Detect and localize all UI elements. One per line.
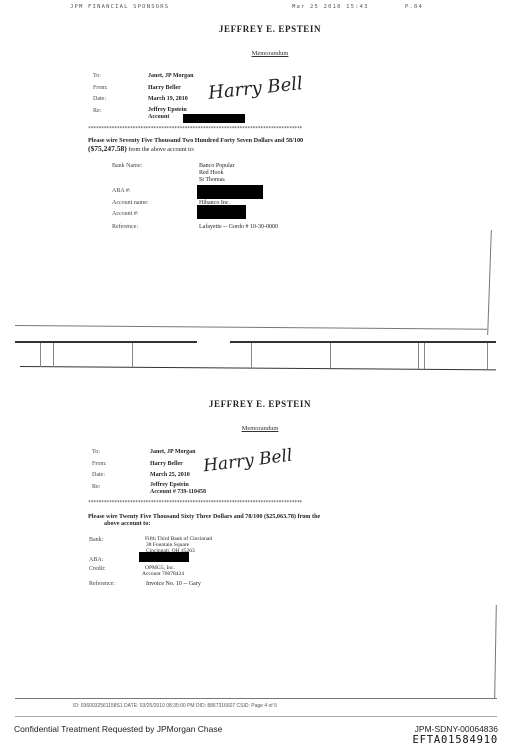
memo1-account-no-redaction	[197, 205, 246, 219]
fax-datetime: Mar 25 2010 15:43	[292, 4, 369, 10]
scan-strip-top-left	[15, 341, 197, 343]
memo2-reference-label: Reference:	[89, 581, 115, 587]
memo1-aba-label: ABA #:	[112, 188, 131, 194]
memo2-date-value: March 25, 2010	[150, 472, 190, 479]
bates-number: JPM-SDNY-00064836	[415, 724, 498, 734]
memo2-aba-redaction	[139, 552, 189, 562]
memo1-reference-value: Lafayette -- Gordo # 10-30-0000	[199, 224, 278, 231]
memo2-re-value: Jeffrey Epstein	[150, 482, 189, 489]
memo1-re-value: Jeffrey Epstein	[148, 107, 187, 114]
memo1-bank-name-line3: St Thomas	[199, 177, 225, 184]
memo1-instruction-line1: Please wire Seventy Five Thousand Two Hu…	[88, 137, 448, 145]
memo2-aba-label: ABA:	[89, 557, 103, 563]
memo2-signature: Harry Bell	[202, 446, 293, 477]
memo1-from-value: Harry Beller	[148, 85, 181, 92]
memo1-bank-name-line2: Red Hook	[199, 170, 224, 177]
memo1-from-label: From:	[93, 85, 108, 91]
memo1-instruction-tail: from the above account to:	[128, 146, 194, 153]
memo2-account-value: Account # 739-110458	[150, 489, 206, 496]
memo1-account-no-label: Account #:	[112, 211, 139, 217]
memo1-reference-label: Reference:	[112, 224, 138, 230]
memo2-divider: ****************************************…	[88, 500, 434, 506]
memo2-to-label: To:	[92, 449, 100, 455]
memo2-bank-label: Bank:	[89, 537, 103, 543]
memo2-date-label: Date:	[92, 472, 105, 478]
fax-transmission-footer: ID: 0360032561158S1 DATE: 03/25/2010 08:…	[73, 703, 277, 709]
memo1-date-value: March 19, 2010	[148, 96, 188, 103]
memo1-title: JEFFREY E. EPSTEIN	[170, 24, 370, 34]
scan-tick	[330, 343, 331, 368]
memo1-signature: Harry Bell	[207, 73, 304, 104]
page1-right-edge	[487, 230, 492, 335]
memo2-title: JEFFREY E. EPSTEIN	[160, 399, 360, 409]
scan-tick	[40, 343, 41, 367]
memo1-aba-redaction	[197, 185, 263, 199]
memo1-date-label: Date:	[93, 96, 106, 102]
scan-strip-top-right	[230, 341, 496, 343]
memo1-to-value: Janet, JP Morgan	[148, 73, 194, 80]
fax-page: P.04	[405, 4, 423, 10]
page2-right-edge	[494, 605, 497, 698]
fax-strip-bottom	[15, 716, 497, 717]
memo1-account-redaction	[183, 114, 245, 123]
scan-tick	[132, 343, 133, 367]
memo2-from-value: Harry Beller	[150, 461, 183, 468]
scan-tick	[418, 343, 419, 369]
scan-tick	[251, 343, 252, 368]
page2-bottom-edge	[15, 698, 497, 699]
scan-tick	[53, 343, 54, 367]
memo1-account-label: Account	[148, 114, 169, 121]
memo1-account-name-label: Account name:	[112, 200, 149, 206]
memo1-divider: ****************************************…	[88, 126, 360, 132]
fax-sender: JPM FINANCIAL SPONSORS	[70, 4, 169, 10]
memo1-bank-name-label: Bank Name:	[112, 163, 142, 169]
memo2-subtitle: Memorandum	[200, 425, 320, 432]
memo2-reference-value: Invoice No. 10 -- Gary	[146, 581, 201, 588]
efta-number: EFTA01584910	[413, 734, 498, 746]
memo1-to-label: To:	[93, 73, 101, 79]
confidential-notice: Confidential Treatment Requested by JPMo…	[14, 724, 222, 734]
memo2-to-value: Janet, JP Morgan	[150, 449, 196, 456]
memo1-bank-name-line1: Banco Popular	[199, 163, 235, 170]
memo2-from-label: From:	[92, 461, 107, 467]
memo2-credit-line2: Account 70078424	[142, 571, 184, 577]
memo1-instruction-line2: ($75,247.58) from the above account to:	[88, 145, 195, 154]
memo1-subtitle: Memorandum	[210, 50, 330, 57]
memo2-instruction-line2: above account to:	[104, 520, 150, 528]
scan-tick	[487, 343, 488, 369]
memo2-credit-label: Credit:	[89, 566, 106, 572]
memo1-re-label: Re:	[93, 108, 101, 114]
fax-header: JPM FINANCIAL SPONSORS Mar 25 2010 15:43…	[70, 4, 450, 14]
memo2-re-label: Re:	[92, 484, 100, 490]
memo1-amount: ($75,247.58)	[88, 144, 127, 153]
page1-bottom-edge	[15, 325, 487, 330]
scan-tick	[424, 343, 425, 369]
